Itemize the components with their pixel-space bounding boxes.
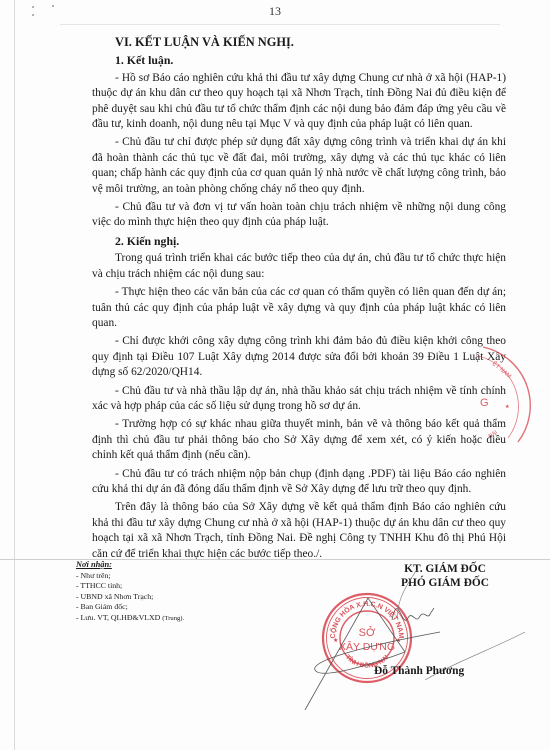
signer-name: Đỗ Thành Phương <box>374 665 464 677</box>
header-rule <box>60 24 500 25</box>
recipient-item: - Lưu. VT, QLHĐ&VLXD (Trung). <box>76 613 184 625</box>
closing-paragraph: Trên đây là thông báo của Sở Xây dựng về… <box>92 500 506 562</box>
recommendation-paragraph: - Trường hợp có sự khác nhau giữa thuyết… <box>92 417 506 463</box>
recipient-item: - Như trên; <box>76 571 184 582</box>
recipient-item: - Ban Giám đốc; <box>76 602 184 613</box>
subsection-conclusion-heading: 1. Kết luận. <box>115 53 506 68</box>
conclusion-paragraph: - Chủ đầu tư chỉ được phép sử dụng đất x… <box>92 135 506 197</box>
svg-text:★: ★ <box>505 404 510 410</box>
svg-text:G: G <box>480 397 489 409</box>
svg-text:ỆT NAM: ỆT NAM <box>491 359 513 380</box>
scan-left-edge <box>14 0 15 750</box>
recommendation-intro: Trong quá trình triển khai các bước tiếp… <box>92 251 506 282</box>
recipient-item-note: (Trung). <box>162 615 184 622</box>
page-seal-fragment-icon: ỆT NAM G NAI ★ <box>478 342 548 452</box>
recipient-item-text: - Lưu. VT, QLHĐ&VLXD <box>76 613 160 622</box>
recommendation-paragraph: - Chủ đầu tư và nhà thầu lập dự án, nhà … <box>92 384 506 415</box>
conclusion-paragraph: - Hồ sơ Báo cáo nghiên cứu khả thi đầu t… <box>92 71 506 133</box>
conclusion-paragraph: - Chủ đầu tư và đơn vị tư vấn hoàn toàn … <box>92 200 506 231</box>
subsection-recommendation-heading: 2. Kiến nghị. <box>115 234 506 249</box>
recipient-item: - UBND xã Nhơn Trạch; <box>76 592 184 603</box>
recipient-item: - TTHCC tỉnh; <box>76 581 184 592</box>
document-body: VI. KẾT LUẬN VÀ KIẾN NGHỊ. 1. Kết luận. … <box>92 35 506 565</box>
handwritten-signature-icon <box>290 570 530 710</box>
recommendation-paragraph: - Chủ đầu tư có trách nhiệm nộp bản chụp… <box>92 467 506 498</box>
recommendation-paragraph: - Thực hiện theo các văn bản của các cơ … <box>92 285 506 331</box>
svg-text:NAI: NAI <box>488 429 499 439</box>
recipients-block: Nơi nhận: - Như trên; - TTHCC tỉnh; - UB… <box>76 560 184 625</box>
recommendation-paragraph: - Chỉ được khởi công xây dựng công trình… <box>92 334 506 380</box>
page-number: 13 <box>0 4 550 19</box>
recipients-title: Nơi nhận: <box>76 560 184 571</box>
section-heading: VI. KẾT LUẬN VÀ KIẾN NGHỊ. <box>115 35 506 50</box>
